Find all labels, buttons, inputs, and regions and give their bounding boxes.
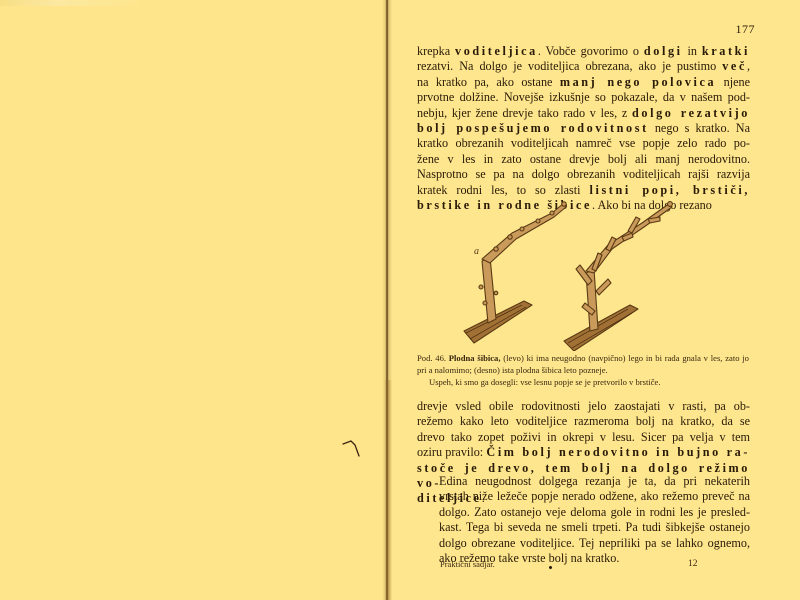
footer-sheet-number: 12	[688, 559, 698, 569]
text-run: njene	[716, 75, 750, 89]
text-line: rezatvi. Na dolgo je voditeljica obrezan…	[417, 59, 750, 74]
figure-46-illustration: a	[452, 193, 712, 351]
text-run: režemo kako leto voditeljice razmeroma b…	[417, 414, 750, 428]
text-run: Nasprotno se pa na dolgo obrezanih vodit…	[417, 167, 750, 181]
text-line: dolgo. Zato ostanejo veje deloma gole in…	[417, 505, 750, 520]
text-line: kast. Tega bi seveda ne smeli trpeti. Pa…	[417, 520, 750, 535]
text-line: bolj pospešujemo rodovitnost nego s krat…	[417, 121, 750, 136]
text-run: vrstah niže ležeče popje nerado odžene, …	[439, 489, 750, 503]
ink-speck	[548, 565, 552, 569]
emphasized-spaced-text: dolgi	[644, 44, 683, 58]
text-line: žene v les in zato ostane drevje bolj al…	[417, 152, 750, 167]
book-spread: 177 krepka voditeljica. Vobče govorimo o…	[0, 0, 800, 600]
text-line: prvotne dolžine. Novejše izkušnje so pok…	[417, 90, 750, 105]
text-line: režemo kako leto voditeljice razmeroma b…	[417, 414, 750, 429]
text-run: kast. Tega bi seveda ne smeli trpeti. Pa…	[439, 520, 750, 534]
caption-title: Plodna šibica,	[449, 353, 501, 363]
text-run: na kratko pa, ako ostane	[417, 75, 560, 89]
text-line: kratko obrezanih voditeljicah namreč vse…	[417, 136, 750, 151]
text-run: oziru pravilo:	[417, 445, 486, 459]
emphasized-spaced-text: Čim bolj nerodovitno in bujno ra-	[486, 445, 750, 459]
emphasized-spaced-text: več	[722, 59, 747, 73]
text-line: Edina neugodnost dolgega rezanja je ta, …	[417, 474, 750, 489]
gutter-shadow	[384, 380, 392, 600]
scan-edge-strip	[0, 0, 140, 6]
page-footer: Praktični sadjar. 12	[392, 557, 800, 577]
text-run: dolgo obrezane voditeljice. Tej neprilik…	[439, 536, 750, 550]
text-line: oziru pravilo: Čim bolj nerodovitno in b…	[417, 445, 750, 460]
body-text-final-paragraph: Edina neugodnost dolgega rezanja je ta, …	[417, 474, 750, 566]
footer-signature-title: Praktični sadjar.	[440, 559, 495, 569]
caption-line1: (levo) ki ima neugodno (navpično) lego i…	[503, 353, 679, 363]
text-line: drevje vsled obile rodovitnosti jelo zao…	[417, 399, 750, 414]
text-run: nebju, kjer žene drevje tako rado v les,…	[417, 106, 632, 120]
emphasized-spaced-text: kratki	[702, 44, 750, 58]
text-run: Edina neugodnost dolgega rezanja je ta, …	[439, 474, 750, 488]
emphasized-spaced-text: manj nego polovica	[560, 75, 716, 89]
text-run: drevje vsled obile rodovitnosti jelo zao…	[417, 399, 750, 413]
text-run: prvotne dolžine. Novejše izkušnje so pok…	[417, 90, 750, 104]
text-run: in	[683, 44, 702, 58]
fruiting-shoot-drawing-icon	[452, 193, 712, 351]
caption-uspeh: Uspeh,	[429, 377, 453, 387]
emphasized-spaced-text: bolj pospešujemo rodovitnost	[417, 121, 649, 135]
figure-label-a: a	[474, 246, 479, 257]
stray-pen-mark-icon	[340, 436, 370, 466]
text-line: krepka voditeljica. Vobče govorimo o dol…	[417, 44, 750, 59]
text-run: drevo tako zopet poživi in okrepi v lesu…	[417, 430, 750, 444]
figure-caption: Pod. 46. Plodna šibica, (levo) ki ima ne…	[417, 352, 749, 388]
caption-line3: Uspeh, ki smo ga dosegli: vse lesnu popj…	[417, 376, 749, 388]
right-page: 177 krepka voditeljica. Vobče govorimo o…	[392, 0, 800, 600]
caption-line3-rest: ki smo ga dosegli: vse lesnu popje se je…	[455, 377, 660, 387]
text-line: nebju, kjer žene drevje tako rado v les,…	[417, 106, 750, 121]
text-run: rezatvi. Na dolgo je voditeljica obrezan…	[417, 59, 722, 73]
text-line: vrstah niže ležeče popje nerado odžene, …	[417, 489, 750, 504]
left-page-blank	[0, 0, 385, 600]
text-line: dolgo obrezane voditeljice. Tej neprilik…	[417, 536, 750, 551]
body-text-top: krepka voditeljica. Vobče govorimo o dol…	[417, 44, 750, 213]
text-line: drevo tako zopet poživi in okrepi v lesu…	[417, 430, 750, 445]
text-run: ,	[747, 59, 750, 73]
text-run: dolgo. Zato ostanejo veje deloma gole in…	[439, 505, 750, 519]
text-run: krepka	[417, 44, 455, 58]
text-run: . Vobče govorimo o	[538, 44, 644, 58]
page-number: 177	[736, 22, 756, 37]
text-line: na kratko pa, ako ostane manj nego polov…	[417, 75, 750, 90]
emphasized-spaced-text: voditeljica	[455, 44, 538, 58]
emphasized-spaced-text: dolgo rezatvijo	[632, 106, 750, 120]
text-run: žene v les in zato ostane drevje bolj al…	[417, 152, 750, 166]
text-run: nego s kratko. Na	[649, 121, 750, 135]
caption-prefix: Pod. 46.	[417, 353, 446, 363]
text-line: Nasprotno se pa na dolgo obrezanih vodit…	[417, 167, 750, 182]
text-run: kratko obrezanih voditeljicah namreč vse…	[417, 136, 750, 150]
